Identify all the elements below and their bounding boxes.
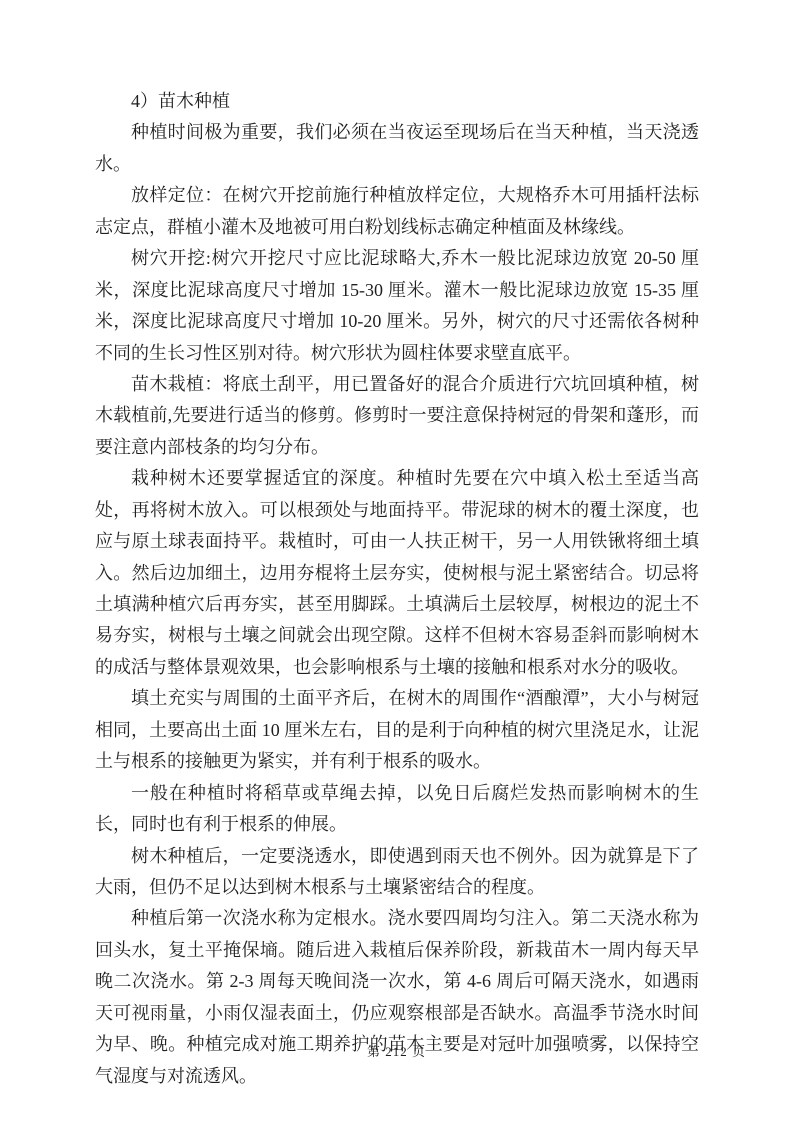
document-body: 4）苗木种植 种植时间极为重要，我们必须在当夜运至现场后在当天种植，当天浇透水。…: [95, 86, 699, 1092]
page-number: 第 212 页: [0, 1041, 793, 1060]
section-heading: 4）苗木种植: [95, 86, 699, 117]
paragraph-first-watering: 树木种植后，一定要浇透水，即使遇到雨天也不例外。因为就算是下了大雨，但仍不足以达…: [95, 841, 699, 904]
paragraph-watering-schedule: 种植后第一次浇水称为定根水。浇水要四周均匀注入。第二天浇水称为回头水，复土平掩保…: [95, 903, 699, 1092]
paragraph-straw-removal: 一般在种植时将稻草或草绳去掉，以免日后腐烂发热而影响树木的生长，同时也有利于根系…: [95, 778, 699, 841]
document-page: 4）苗木种植 种植时间极为重要，我们必须在当夜运至现场后在当天种植，当天浇透水。…: [0, 0, 793, 1122]
paragraph-planting-depth: 栽种树木还要掌握适宜的深度。种植时先要在穴中填入松土至适当高处，再将树木放入。可…: [95, 463, 699, 683]
paragraph-soil-mound: 填土充实与周围的土面平齐后，在树木的周围作“酒酿潭”，大小与树冠相同，土要高出土…: [95, 683, 699, 777]
paragraph-pit-excavation: 树穴开挖:树穴开挖尺寸应比泥球略大,乔木一般比泥球边放宽 20-50 厘米，深度…: [95, 243, 699, 369]
paragraph-planting-time: 种植时间极为重要，我们必须在当夜运至现场后在当天种植，当天浇透水。: [95, 117, 699, 180]
paragraph-layout-positioning: 放样定位：在树穴开挖前施行种植放样定位，大规格乔木可用插杆法标志定点，群植小灌木…: [95, 180, 699, 243]
paragraph-seedling-planting: 苗木栽植：将底土刮平，用已置备好的混合介质进行穴坑回填种植，树木载植前,先要进行…: [95, 369, 699, 463]
